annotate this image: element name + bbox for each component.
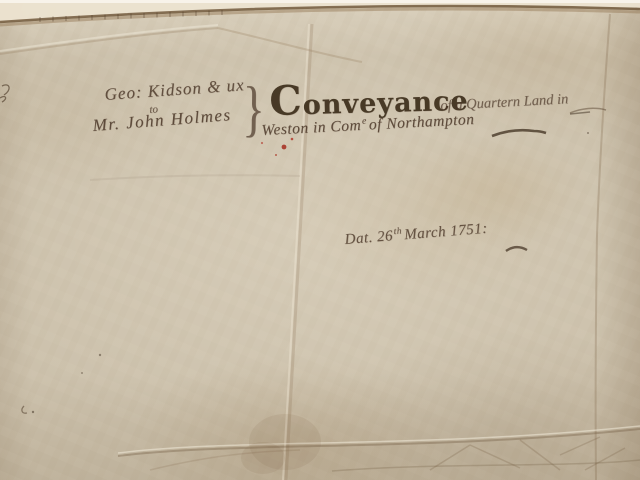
date-pre: Dat. 26 bbox=[344, 228, 394, 248]
location-superscript: e bbox=[362, 115, 367, 126]
parchment-document-photo: Geo: Kidson & ux to Mr. John Holmes } Co… bbox=[0, 0, 640, 480]
parchment-texture-layer bbox=[0, 0, 640, 480]
wax-seal-specks bbox=[261, 138, 293, 156]
bottom-creases bbox=[118, 414, 640, 474]
top-fold-crease bbox=[0, 0, 640, 25]
date-superscript: th bbox=[393, 226, 402, 237]
